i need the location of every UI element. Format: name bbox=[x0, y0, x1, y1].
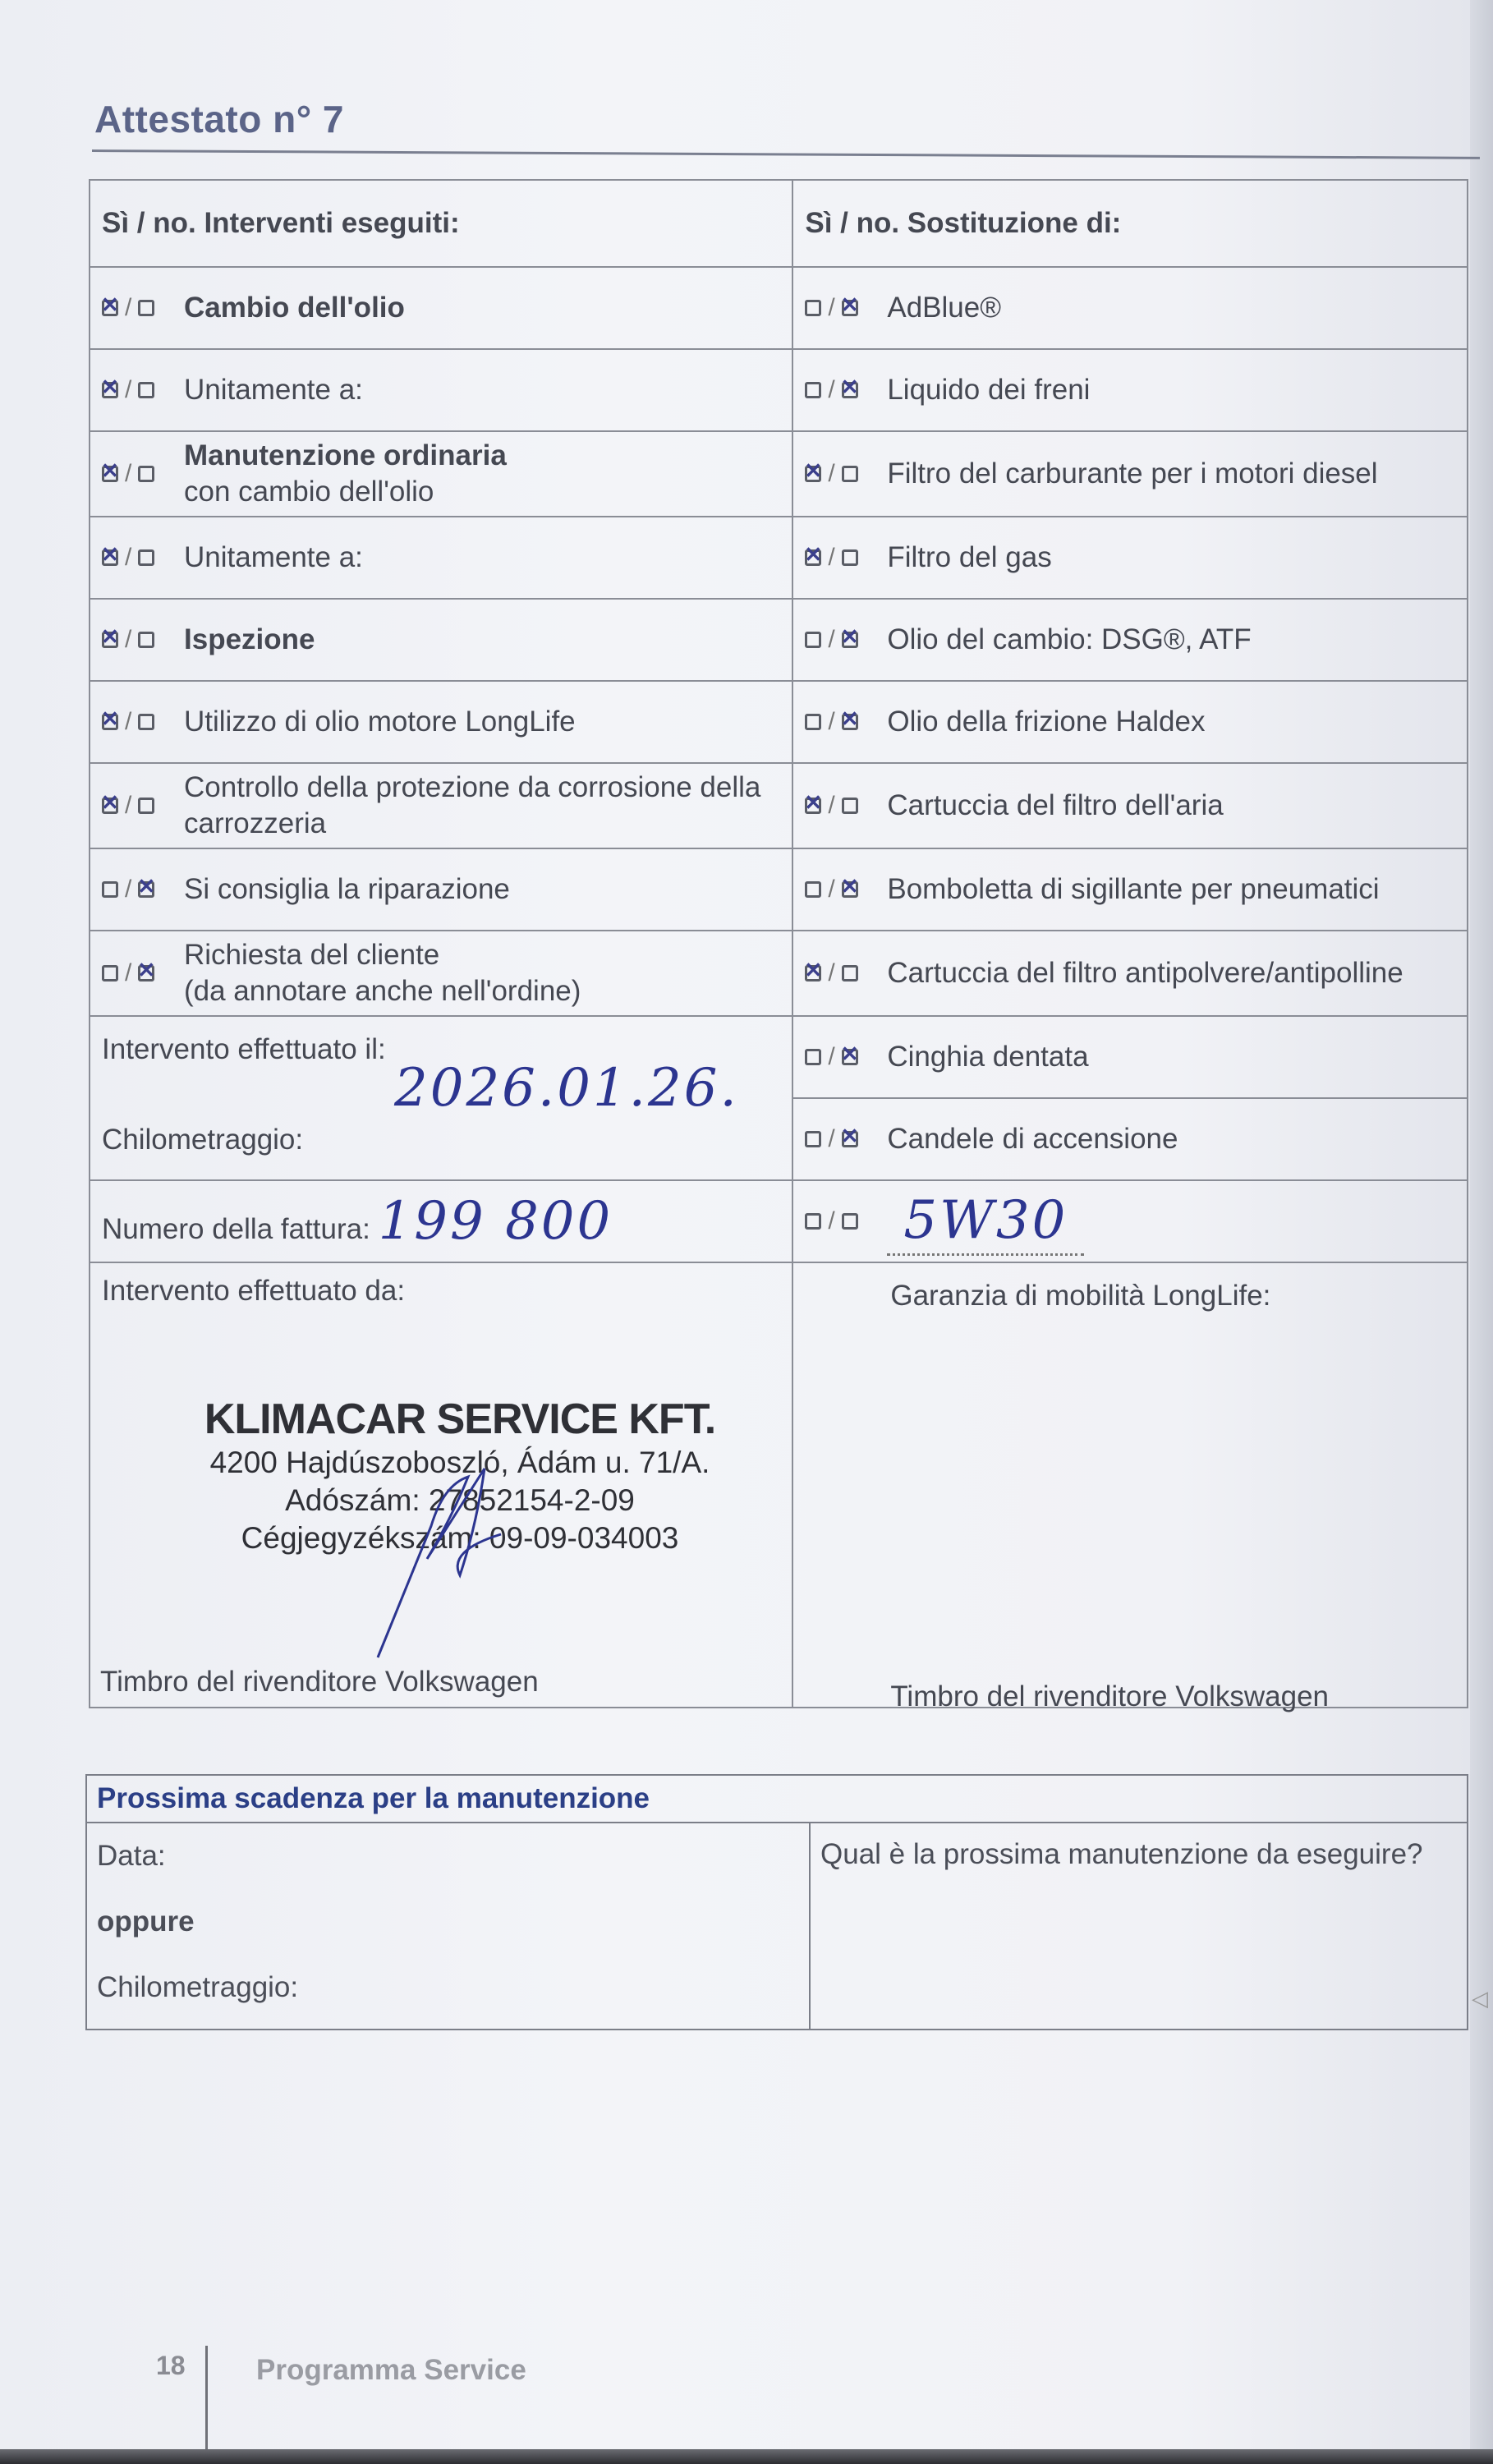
footer-section: Programma Service bbox=[256, 2354, 526, 2387]
right-item-yes-checkbox[interactable] bbox=[805, 382, 821, 398]
next-service-question: Qual è la prossima manutenzione da esegu… bbox=[820, 1838, 1457, 1871]
left-item-yes-checkbox[interactable] bbox=[102, 466, 118, 482]
left-item-yes-checkbox[interactable] bbox=[102, 632, 118, 648]
right-item-label: Olio della frizione Haldex bbox=[887, 706, 1205, 738]
right-item-yes-checkbox[interactable] bbox=[805, 632, 821, 648]
right-item-label: Liquido dei freni bbox=[887, 374, 1090, 406]
left-item-yes-checkbox[interactable] bbox=[102, 714, 118, 730]
next-date-field[interactable]: Data: bbox=[97, 1840, 799, 1889]
right-item-no-checkbox[interactable] bbox=[842, 798, 858, 814]
left-item-no-checkbox[interactable] bbox=[138, 300, 154, 316]
table-row: /Utilizzo di olio motore LongLife/Olio d… bbox=[90, 681, 1468, 763]
right-item-yes-checkbox[interactable] bbox=[805, 714, 821, 730]
slash-separator: / bbox=[828, 460, 834, 488]
left-item-no-checkbox[interactable] bbox=[138, 466, 154, 482]
right-item-no-checkbox[interactable] bbox=[842, 632, 858, 648]
right-item-label: Filtro del gas bbox=[887, 541, 1051, 573]
right-item-yes-checkbox[interactable] bbox=[805, 549, 821, 566]
footer-divider bbox=[205, 2346, 208, 2453]
right-item-no-checkbox[interactable] bbox=[842, 965, 858, 981]
stamp-label-left: Timbro del rivenditore Volkswagen bbox=[100, 1666, 539, 1699]
table-row: /Si consiglia la riparazione/Bomboletta … bbox=[90, 848, 1468, 931]
table-row: /Controllo della protezione da corrosion… bbox=[90, 763, 1468, 848]
right-item-label: Olio del cambio: DSG®, ATF bbox=[887, 623, 1251, 655]
right-item-no-checkbox[interactable] bbox=[842, 1131, 858, 1147]
slash-separator: / bbox=[125, 792, 131, 820]
left-item-yes-checkbox[interactable] bbox=[102, 382, 118, 398]
table-row: /Unitamente a:/Liquido dei freni bbox=[90, 349, 1468, 431]
slash-separator: / bbox=[125, 460, 131, 488]
left-column-header: Sì / no. Interventi eseguiti: bbox=[90, 180, 792, 267]
next-mileage-label: Chilometraggio: bbox=[97, 1971, 298, 2003]
service-date-value: 2026.01.26. bbox=[394, 1058, 739, 1119]
slash-separator: / bbox=[125, 876, 131, 903]
right-item-label: Cinghia dentata bbox=[887, 1041, 1088, 1073]
right-item-no-checkbox[interactable] bbox=[842, 549, 858, 566]
right-item-label: Candele di accensione bbox=[887, 1123, 1178, 1155]
page-edge bbox=[1470, 0, 1493, 2464]
or-label: oppure bbox=[97, 1905, 799, 1955]
dealer-stamp-area: Intervento effettuato da:KLIMACAR SERVIC… bbox=[90, 1262, 792, 1708]
service-record-table: Sì / no. Interventi eseguiti: Sì / no. S… bbox=[89, 179, 1468, 1708]
right-item-no-checkbox[interactable] bbox=[842, 1213, 858, 1230]
slash-separator: / bbox=[125, 544, 131, 572]
left-item-label: Cambio dell'olio bbox=[184, 290, 405, 326]
signature-icon bbox=[353, 1452, 517, 1666]
right-item-yes-checkbox[interactable] bbox=[805, 881, 821, 898]
left-item-sublabel: con cambio dell'olio bbox=[184, 474, 507, 510]
performed-by-label: Intervento effettuato da: bbox=[102, 1263, 780, 1308]
left-item-label: Controllo della protezione da corrosione… bbox=[184, 770, 760, 806]
page-tab-arrow-icon: ◁ bbox=[1472, 1986, 1488, 2011]
slash-separator: / bbox=[828, 1043, 834, 1071]
right-item-label: Bomboletta di sigillante per pneumatici bbox=[887, 873, 1379, 905]
right-item-label: Cartuccia del filtro antipolvere/antipol… bbox=[887, 957, 1403, 989]
left-item-label: Richiesta del cliente bbox=[184, 937, 581, 973]
stamp-company: KLIMACAR SERVICE KFT. bbox=[197, 1395, 723, 1444]
left-item-yes-checkbox[interactable] bbox=[102, 881, 118, 898]
table-row: Numero della fattura: 199 800/5W30 bbox=[90, 1180, 1468, 1262]
slash-separator: / bbox=[828, 708, 834, 736]
next-date-label: Data: bbox=[97, 1840, 166, 1872]
next-mileage-field[interactable]: Chilometraggio: bbox=[97, 1971, 799, 2020]
right-item-yes-checkbox[interactable] bbox=[805, 965, 821, 981]
left-item-label: Unitamente a: bbox=[184, 540, 363, 576]
slash-separator: / bbox=[828, 626, 834, 654]
slash-separator: / bbox=[828, 792, 834, 820]
right-item-label: Cartuccia del filtro dell'aria bbox=[887, 789, 1223, 821]
left-item-label: Si consiglia la riparazione bbox=[184, 871, 510, 908]
longlife-label: Garanzia di mobilità LongLife: bbox=[890, 1280, 1270, 1312]
left-item-label: Unitamente a: bbox=[184, 372, 363, 408]
table-row: /Ispezione/Olio del cambio: DSG®, ATF bbox=[90, 599, 1468, 681]
slash-separator: / bbox=[125, 626, 131, 654]
right-item-yes-checkbox[interactable] bbox=[805, 798, 821, 814]
left-item-yes-checkbox[interactable] bbox=[102, 549, 118, 566]
slash-separator: / bbox=[828, 376, 834, 404]
left-item-label: Utilizzo di olio motore LongLife bbox=[184, 704, 576, 740]
longlife-stamp-area: Garanzia di mobilità LongLife:Timbro del… bbox=[792, 1262, 1468, 1708]
next-service-table: Prossima scadenza per la manutenzione Da… bbox=[85, 1774, 1468, 2030]
slash-separator: / bbox=[125, 376, 131, 404]
book-bottom-edge bbox=[0, 2449, 1493, 2464]
page-number: 18 bbox=[156, 2351, 186, 2381]
right-item-yes-checkbox[interactable] bbox=[805, 1213, 821, 1230]
left-item-sublabel: carrozzeria bbox=[184, 806, 760, 842]
table-row: /Richiesta del cliente(da annotare anche… bbox=[90, 931, 1468, 1016]
right-item-no-checkbox[interactable] bbox=[842, 714, 858, 730]
stamp-row: Intervento effettuato da:KLIMACAR SERVIC… bbox=[90, 1262, 1468, 1708]
left-item-no-checkbox[interactable] bbox=[138, 798, 154, 814]
left-item-no-checkbox[interactable] bbox=[138, 881, 154, 898]
page-title: Attestato n° 7 bbox=[94, 97, 344, 141]
invoice-label: Numero della fattura: bbox=[102, 1213, 370, 1245]
mileage-label: Chilometraggio: bbox=[102, 1124, 303, 1156]
left-item-no-checkbox[interactable] bbox=[138, 714, 154, 730]
right-item-no-checkbox[interactable] bbox=[842, 466, 858, 482]
left-item-yes-checkbox[interactable] bbox=[102, 798, 118, 814]
next-service-header: Prossima scadenza per la manutenzione bbox=[86, 1775, 1468, 1823]
right-item-yes-checkbox[interactable] bbox=[805, 1131, 821, 1147]
left-item-no-checkbox[interactable] bbox=[138, 549, 154, 566]
slash-separator: / bbox=[828, 294, 834, 322]
slash-separator: / bbox=[828, 876, 834, 903]
right-item-no-checkbox[interactable] bbox=[842, 1049, 858, 1065]
slash-separator: / bbox=[828, 544, 834, 572]
left-item-label: Manutenzione ordinaria bbox=[184, 438, 507, 474]
slash-separator: / bbox=[828, 959, 834, 987]
right-item-no-checkbox[interactable] bbox=[842, 300, 858, 316]
right-column-header: Sì / no. Sostituzione di: bbox=[792, 180, 1468, 267]
left-item-yes-checkbox[interactable] bbox=[102, 965, 118, 981]
slash-separator: / bbox=[125, 708, 131, 736]
table-row: /Manutenzione ordinariacon cambio dell'o… bbox=[90, 431, 1468, 517]
stamp-label-right: Timbro del rivenditore Volkswagen bbox=[890, 1680, 1329, 1713]
slash-separator: / bbox=[828, 1125, 834, 1153]
left-item-yes-checkbox[interactable] bbox=[102, 300, 118, 316]
right-item-label: AdBlue® bbox=[887, 292, 1001, 324]
handwritten-oil-grade: 5W30 bbox=[903, 1190, 1068, 1251]
left-item-no-checkbox[interactable] bbox=[138, 965, 154, 981]
table-row: /Unitamente a:/Filtro del gas bbox=[90, 517, 1468, 599]
slash-separator: / bbox=[125, 959, 131, 987]
left-item-no-checkbox[interactable] bbox=[138, 382, 154, 398]
next-service-left: Data: oppure Chilometraggio: bbox=[86, 1823, 810, 2030]
table-row: Intervento effettuato il:2026.01.26.Chil… bbox=[90, 1016, 1468, 1098]
right-item-label: Filtro del carburante per i motori diese… bbox=[887, 457, 1377, 490]
right-item-yes-checkbox[interactable] bbox=[805, 300, 821, 316]
service-date-field[interactable]: Intervento effettuato il:2026.01.26.Chil… bbox=[90, 1016, 792, 1180]
next-service-question-field[interactable]: Qual è la prossima manutenzione da esegu… bbox=[810, 1823, 1468, 2030]
left-item-no-checkbox[interactable] bbox=[138, 632, 154, 648]
right-item-yes-checkbox[interactable] bbox=[805, 466, 821, 482]
slash-separator: / bbox=[125, 294, 131, 322]
invoice-field[interactable]: Numero della fattura: 199 800 bbox=[90, 1180, 792, 1262]
right-item-no-checkbox[interactable] bbox=[842, 382, 858, 398]
table-row: /Cambio dell'olio/AdBlue® bbox=[90, 267, 1468, 349]
left-item-label: Ispezione bbox=[184, 622, 315, 658]
slash-separator: / bbox=[828, 1207, 834, 1235]
right-item-no-checkbox[interactable] bbox=[842, 881, 858, 898]
left-item-sublabel: (da annotare anche nell'ordine) bbox=[184, 973, 581, 1009]
right-item-yes-checkbox[interactable] bbox=[805, 1049, 821, 1065]
invoice-value: 199 800 bbox=[379, 1191, 613, 1252]
